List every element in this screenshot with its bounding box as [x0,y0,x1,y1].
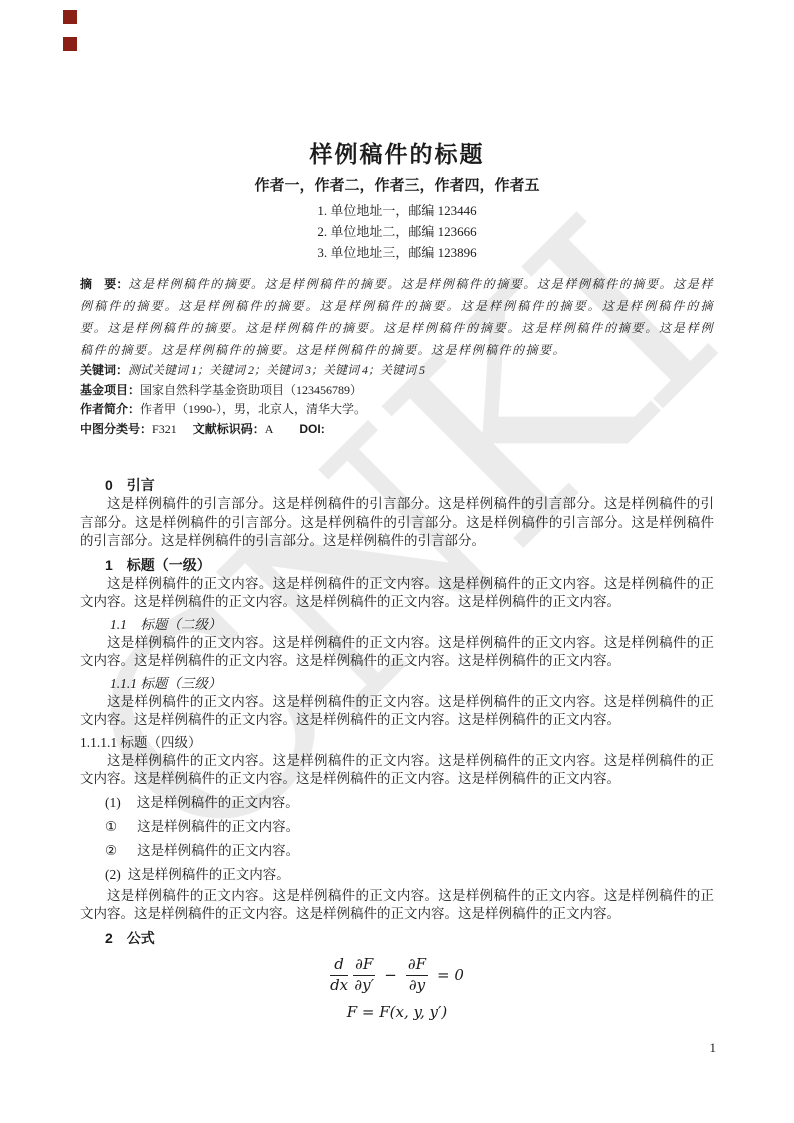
keywords-label: 关键词： [80,363,128,377]
doi-label: DOI: [299,422,324,436]
author-bio-label: 作者简介： [80,402,140,416]
fraction-d-dx: ddx [330,956,348,994]
annotation-marker-top [63,10,77,24]
abstract-block: 摘 要：这是样例稿件的摘要。这是样例稿件的摘要。这是样例稿件的摘要。这是样例稿件… [80,273,714,361]
intro-paragraph: 这是样例稿件的引言部分。这是样例稿件的引言部分。这是样例稿件的引言部分。这是样例… [80,495,714,551]
euler-lagrange-formula: ddx ∂F∂y′ − ∂F∂y = 0 [80,956,714,994]
paper-title: 样例稿件的标题 [80,140,714,168]
body-paragraph: 这是样例稿件的正文内容。这是样例稿件的正文内容。这是样例稿件的正文内容。这是样例… [80,752,714,789]
doc-code-label: 文献标识码： [193,422,265,436]
minus-operator: − [384,966,397,984]
body-paragraph: 这是样例稿件的正文内容。这是样例稿件的正文内容。这是样例稿件的正文内容。这是样例… [80,887,714,924]
section-heading-level2: 1.1 标题（二级） [80,615,714,634]
fraction-dF-dyprime: ∂F∂y′ [353,956,375,994]
equals-zero: = 0 [437,966,464,984]
function-definition-formula: F = F(x, y, y′) [80,1003,714,1021]
annotation-marker-bottom [63,37,77,51]
section-heading-intro: 0 引言 [80,475,714,495]
abstract-label: 摘 要： [80,277,128,291]
body-paragraph: 这是样例稿件的正文内容。这是样例稿件的正文内容。这是样例稿件的正文内容。这是样例… [80,693,714,730]
fund-label: 基金项目： [80,383,140,397]
section-heading-formula: 2 公式 [80,928,714,948]
affiliation-line: 3. 单位地址三，邮编 123896 [80,242,714,263]
list-item-label: (1) [105,791,121,815]
numbered-list: (1)这是样例稿件的正文内容。 ①这是样例稿件的正文内容。 ②这是样例稿件的正文… [80,791,714,887]
fraction-dF-dy: ∂F∂y [406,956,428,994]
author-bio-text: 作者甲（1990-），男，北京人，清华大学。 [140,402,366,416]
list-item-text: 这是样例稿件的正文内容。 [137,795,299,810]
affiliation-line: 2. 单位地址二，邮编 123666 [80,221,714,242]
list-item-label: ② [105,839,117,863]
classification-line: 中图分类号：F321文献标识码：ADOI: [80,420,714,440]
doc-code-value: A [265,422,274,436]
section-heading-level3: 1.1.1 标题（三级） [80,674,714,693]
document-page: CNKI 样例稿件的标题 作者一，作者二，作者三，作者四，作者五 1. 单位地址… [0,0,794,1123]
list-item-text: 这是样例稿件的正文内容。 [137,843,299,858]
body-paragraph: 这是样例稿件的正文内容。这是样例稿件的正文内容。这是样例稿件的正文内容。这是样例… [80,634,714,671]
clc-label: 中图分类号： [80,422,152,436]
keywords-line: 关键词：测试关键词 1；关键词 2；关键词 3；关键词 4；关键词 5 [80,361,714,381]
list-item-label: (2) [105,863,121,887]
author-bio-line: 作者简介：作者甲（1990-），男，北京人，清华大学。 [80,400,714,420]
affiliations: 1. 单位地址一，邮编 123446 2. 单位地址二，邮编 123666 3.… [80,200,714,263]
page-content: 样例稿件的标题 作者一，作者二，作者三，作者四，作者五 1. 单位地址一，邮编 … [80,140,714,1021]
section-heading-level1: 1 标题（一级） [80,555,714,575]
sections: 0 引言 这是样例稿件的引言部分。这是样例稿件的引言部分。这是样例稿件的引言部分… [80,475,714,1021]
list-item: (2)这是样例稿件的正文内容。 [80,863,714,887]
list-item-label: ① [105,815,117,839]
list-item: ①这是样例稿件的正文内容。 [80,815,714,839]
page-number: 1 [710,1040,717,1056]
formula-block: ddx ∂F∂y′ − ∂F∂y = 0 F = F(x, y, y′) [80,956,714,1021]
clc-value: F321 [152,422,177,436]
list-item-text: 这是样例稿件的正文内容。 [137,819,299,834]
fund-line: 基金项目：国家自然科学基金资助项目（123456789） [80,381,714,401]
keywords-text: 测试关键词 1；关键词 2；关键词 3；关键词 4；关键词 5 [128,363,425,377]
fund-text: 国家自然科学基金资助项目（123456789） [140,383,362,397]
section-heading-level4: 1.1.1.1 标题（四级） [80,733,714,752]
affiliation-line: 1. 单位地址一，邮编 123446 [80,200,714,221]
list-item-text: 这是样例稿件的正文内容。 [128,867,290,882]
body-paragraph: 这是样例稿件的正文内容。这是样例稿件的正文内容。这是样例稿件的正文内容。这是样例… [80,575,714,612]
abstract-text: 这是样例稿件的摘要。这是样例稿件的摘要。这是样例稿件的摘要。这是样例稿件的摘要。… [80,277,714,357]
list-item: (1)这是样例稿件的正文内容。 [80,791,714,815]
list-item: ②这是样例稿件的正文内容。 [80,839,714,863]
authors-line: 作者一，作者二，作者三，作者四，作者五 [80,176,714,195]
